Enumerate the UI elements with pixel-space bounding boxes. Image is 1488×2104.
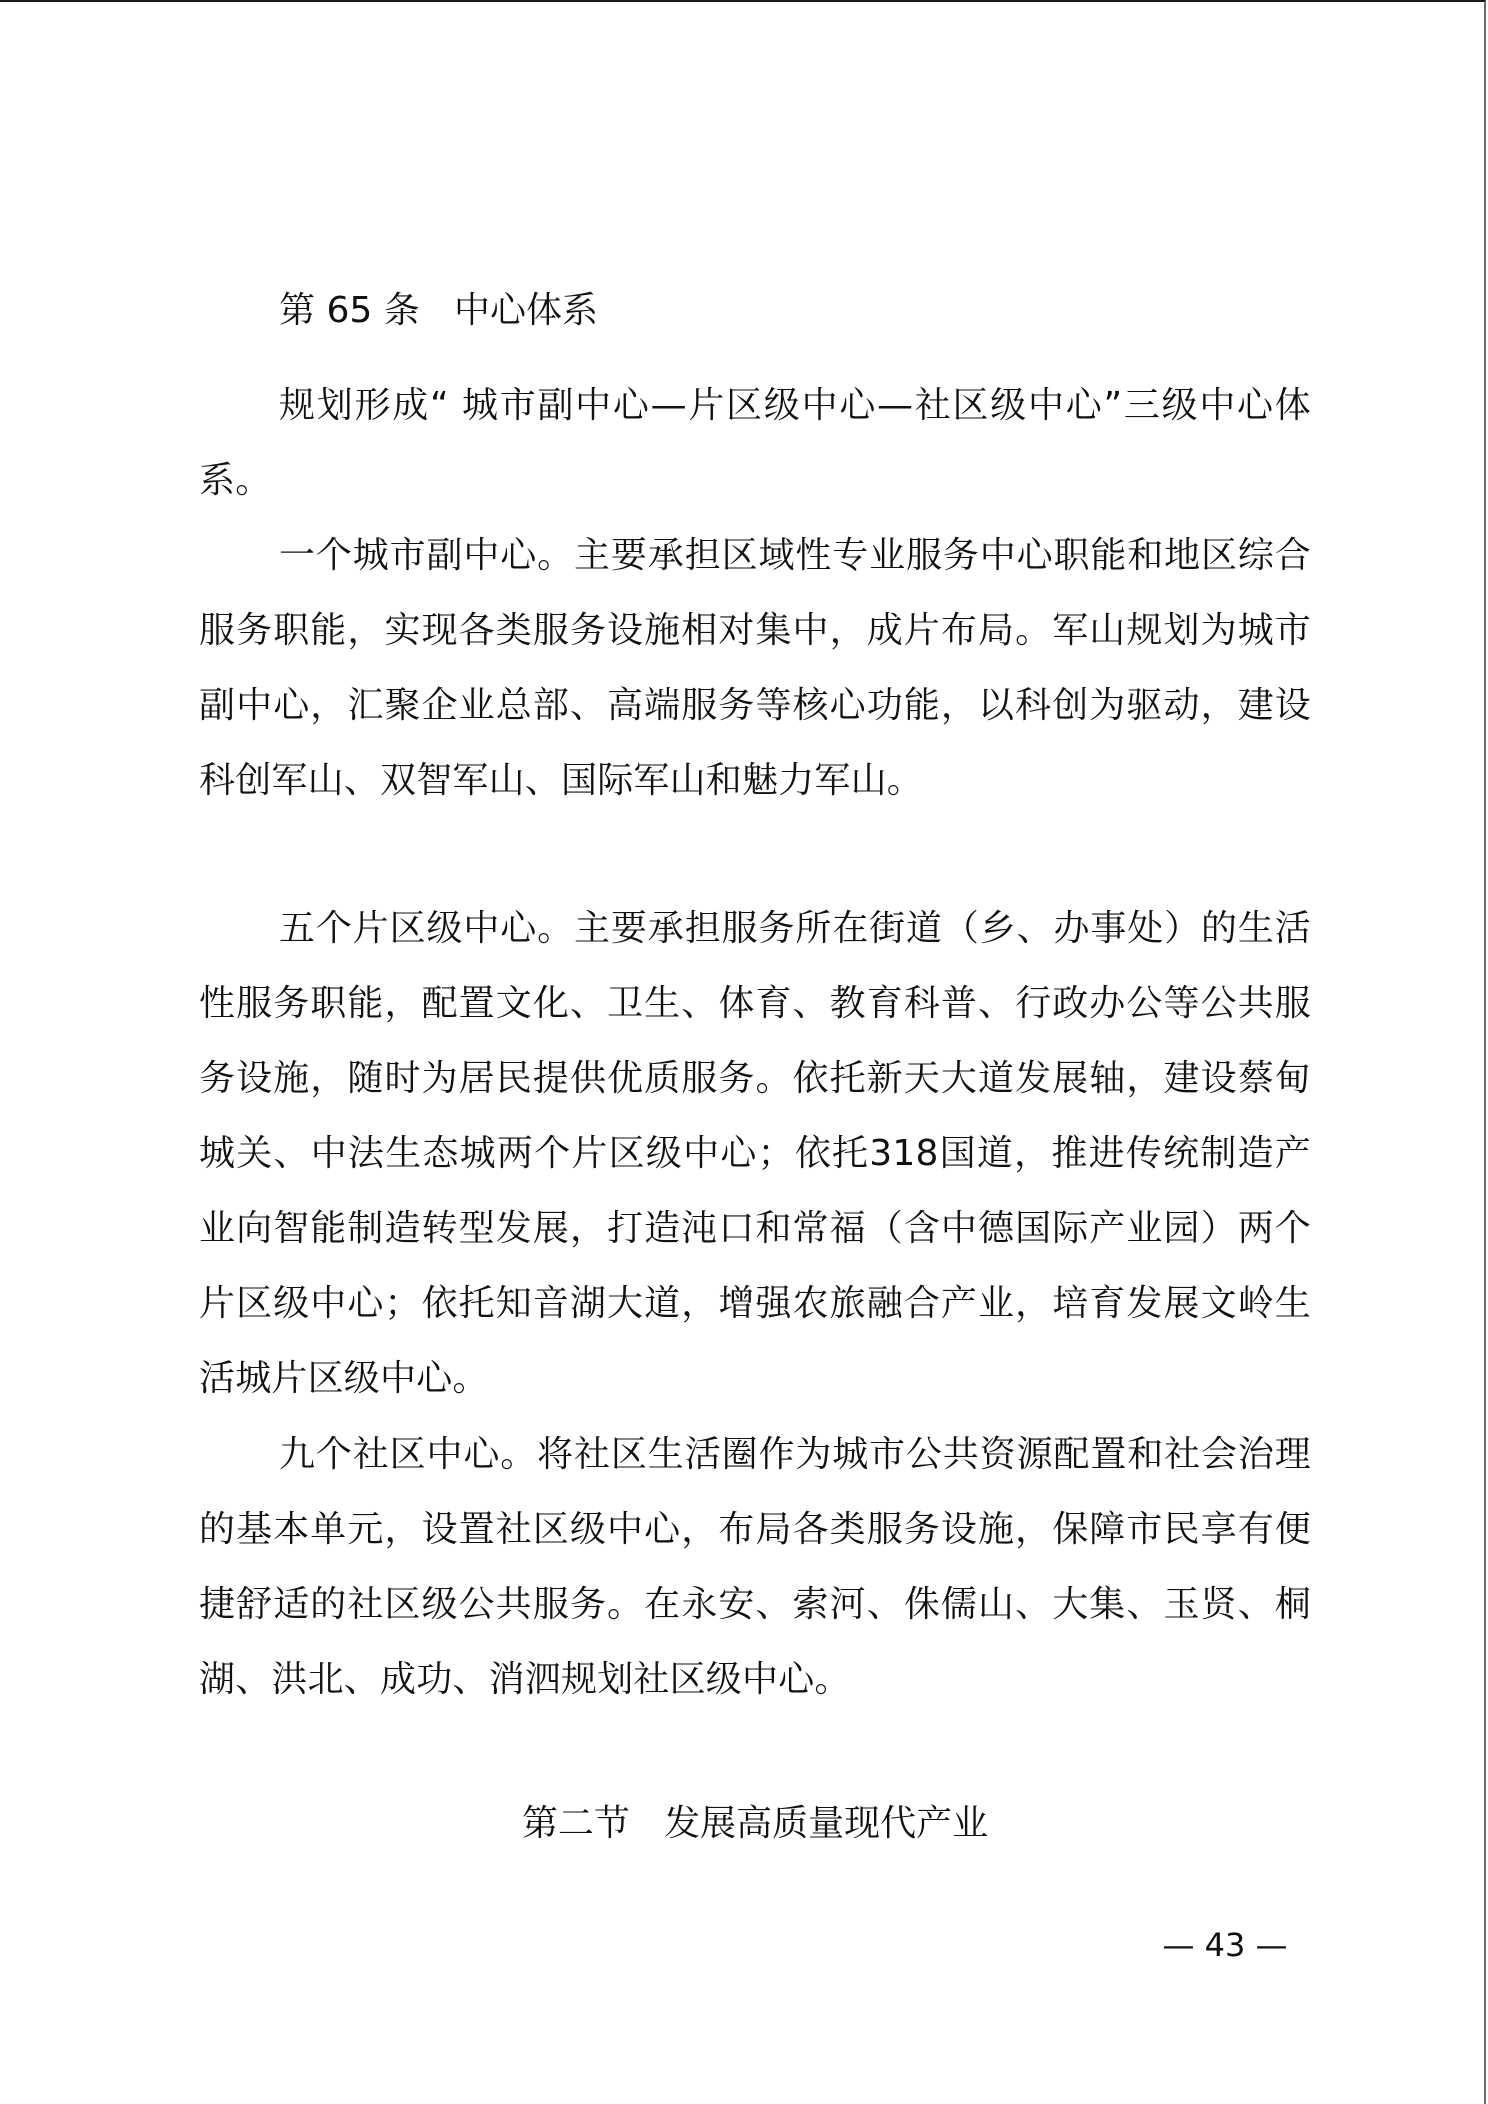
paragraph-city-subcenter: 一个城市副中心。主要承担区域性专业服务中心职能和地区综合服务职能，实现各类服务设…	[199, 518, 1311, 818]
paragraph-community-centers: 九个社区中心。将社区生活圈作为城市公共资源配置和社会治理的基本单元，设置社区级中…	[199, 1417, 1311, 1717]
article-title: 第 65 条 中心体系	[279, 286, 598, 336]
paragraph-district-centers: 五个片区级中心。主要承担服务所在街道（乡、办事处）的生活性服务职能，配置文化、卫…	[199, 891, 1311, 1416]
page-number: — 43 —	[1150, 1920, 1300, 1970]
document-page: 第 65 条 中心体系 规划形成“ 城市副中心—片区级中心—社区级中心”三级中心…	[0, 0, 1486, 2104]
paragraph-intro: 规划形成“ 城市副中心—片区级中心—社区级中心”三级中心体系。	[199, 368, 1311, 518]
section-heading: 第二节 发展高质量现代产业	[199, 1799, 1311, 1849]
